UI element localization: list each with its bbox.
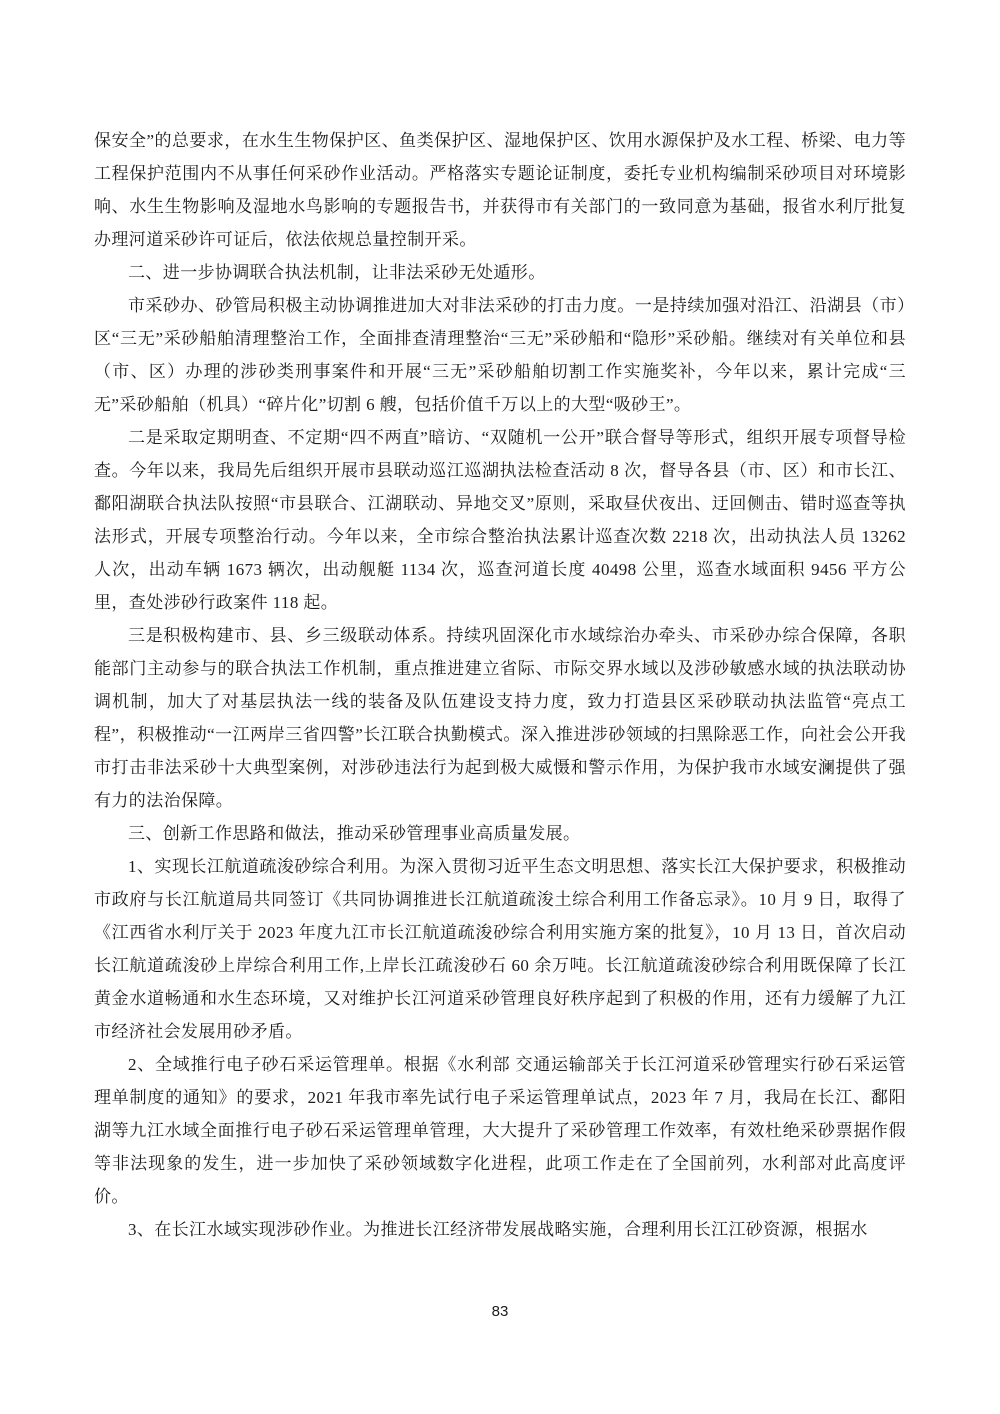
paragraph-heading-section-3: 三、创新工作思路和做法，推动采砂管理事业高质量发展。 xyxy=(94,817,906,850)
paragraph: 保安全”的总要求，在水生生物保护区、鱼类保护区、湿地保护区、饮用水源保护及水工程… xyxy=(94,124,906,256)
document-page: 保安全”的总要求，在水生生物保护区、鱼类保护区、湿地保护区、饮用水源保护及水工程… xyxy=(0,0,1000,1414)
page-number: 83 xyxy=(492,1303,509,1320)
paragraph: 1、实现长江航道疏浚砂综合利用。为深入贯彻习近平生态文明思想、落实长江大保护要求… xyxy=(94,850,906,1048)
paragraph: 2、全域推行电子砂石采运管理单。根据《水利部 交通运输部关于长江河道采砂管理实行… xyxy=(94,1048,906,1213)
paragraph: 3、在长江水域实现涉砂作业。为推进长江经济带发展战略实施，合理利用长江江砂资源，… xyxy=(94,1213,906,1246)
paragraph: 二是采取定期明查、不定期“四不两直”暗访、“双随机一公开”联合督导等形式，组织开… xyxy=(94,421,906,619)
page-footer: 83 xyxy=(0,1303,1000,1321)
paragraph: 市采砂办、砂管局积极主动协调推进加大对非法采砂的打击力度。一是持续加强对沿江、沿… xyxy=(94,289,906,421)
document-body: 保安全”的总要求，在水生生物保护区、鱼类保护区、湿地保护区、饮用水源保护及水工程… xyxy=(94,124,906,1246)
paragraph: 三是积极构建市、县、乡三级联动体系。持续巩固深化市水域综治办牵头、市采砂办综合保… xyxy=(94,619,906,817)
paragraph-heading-section-2: 二、进一步协调联合执法机制，让非法采砂无处遁形。 xyxy=(94,256,906,289)
